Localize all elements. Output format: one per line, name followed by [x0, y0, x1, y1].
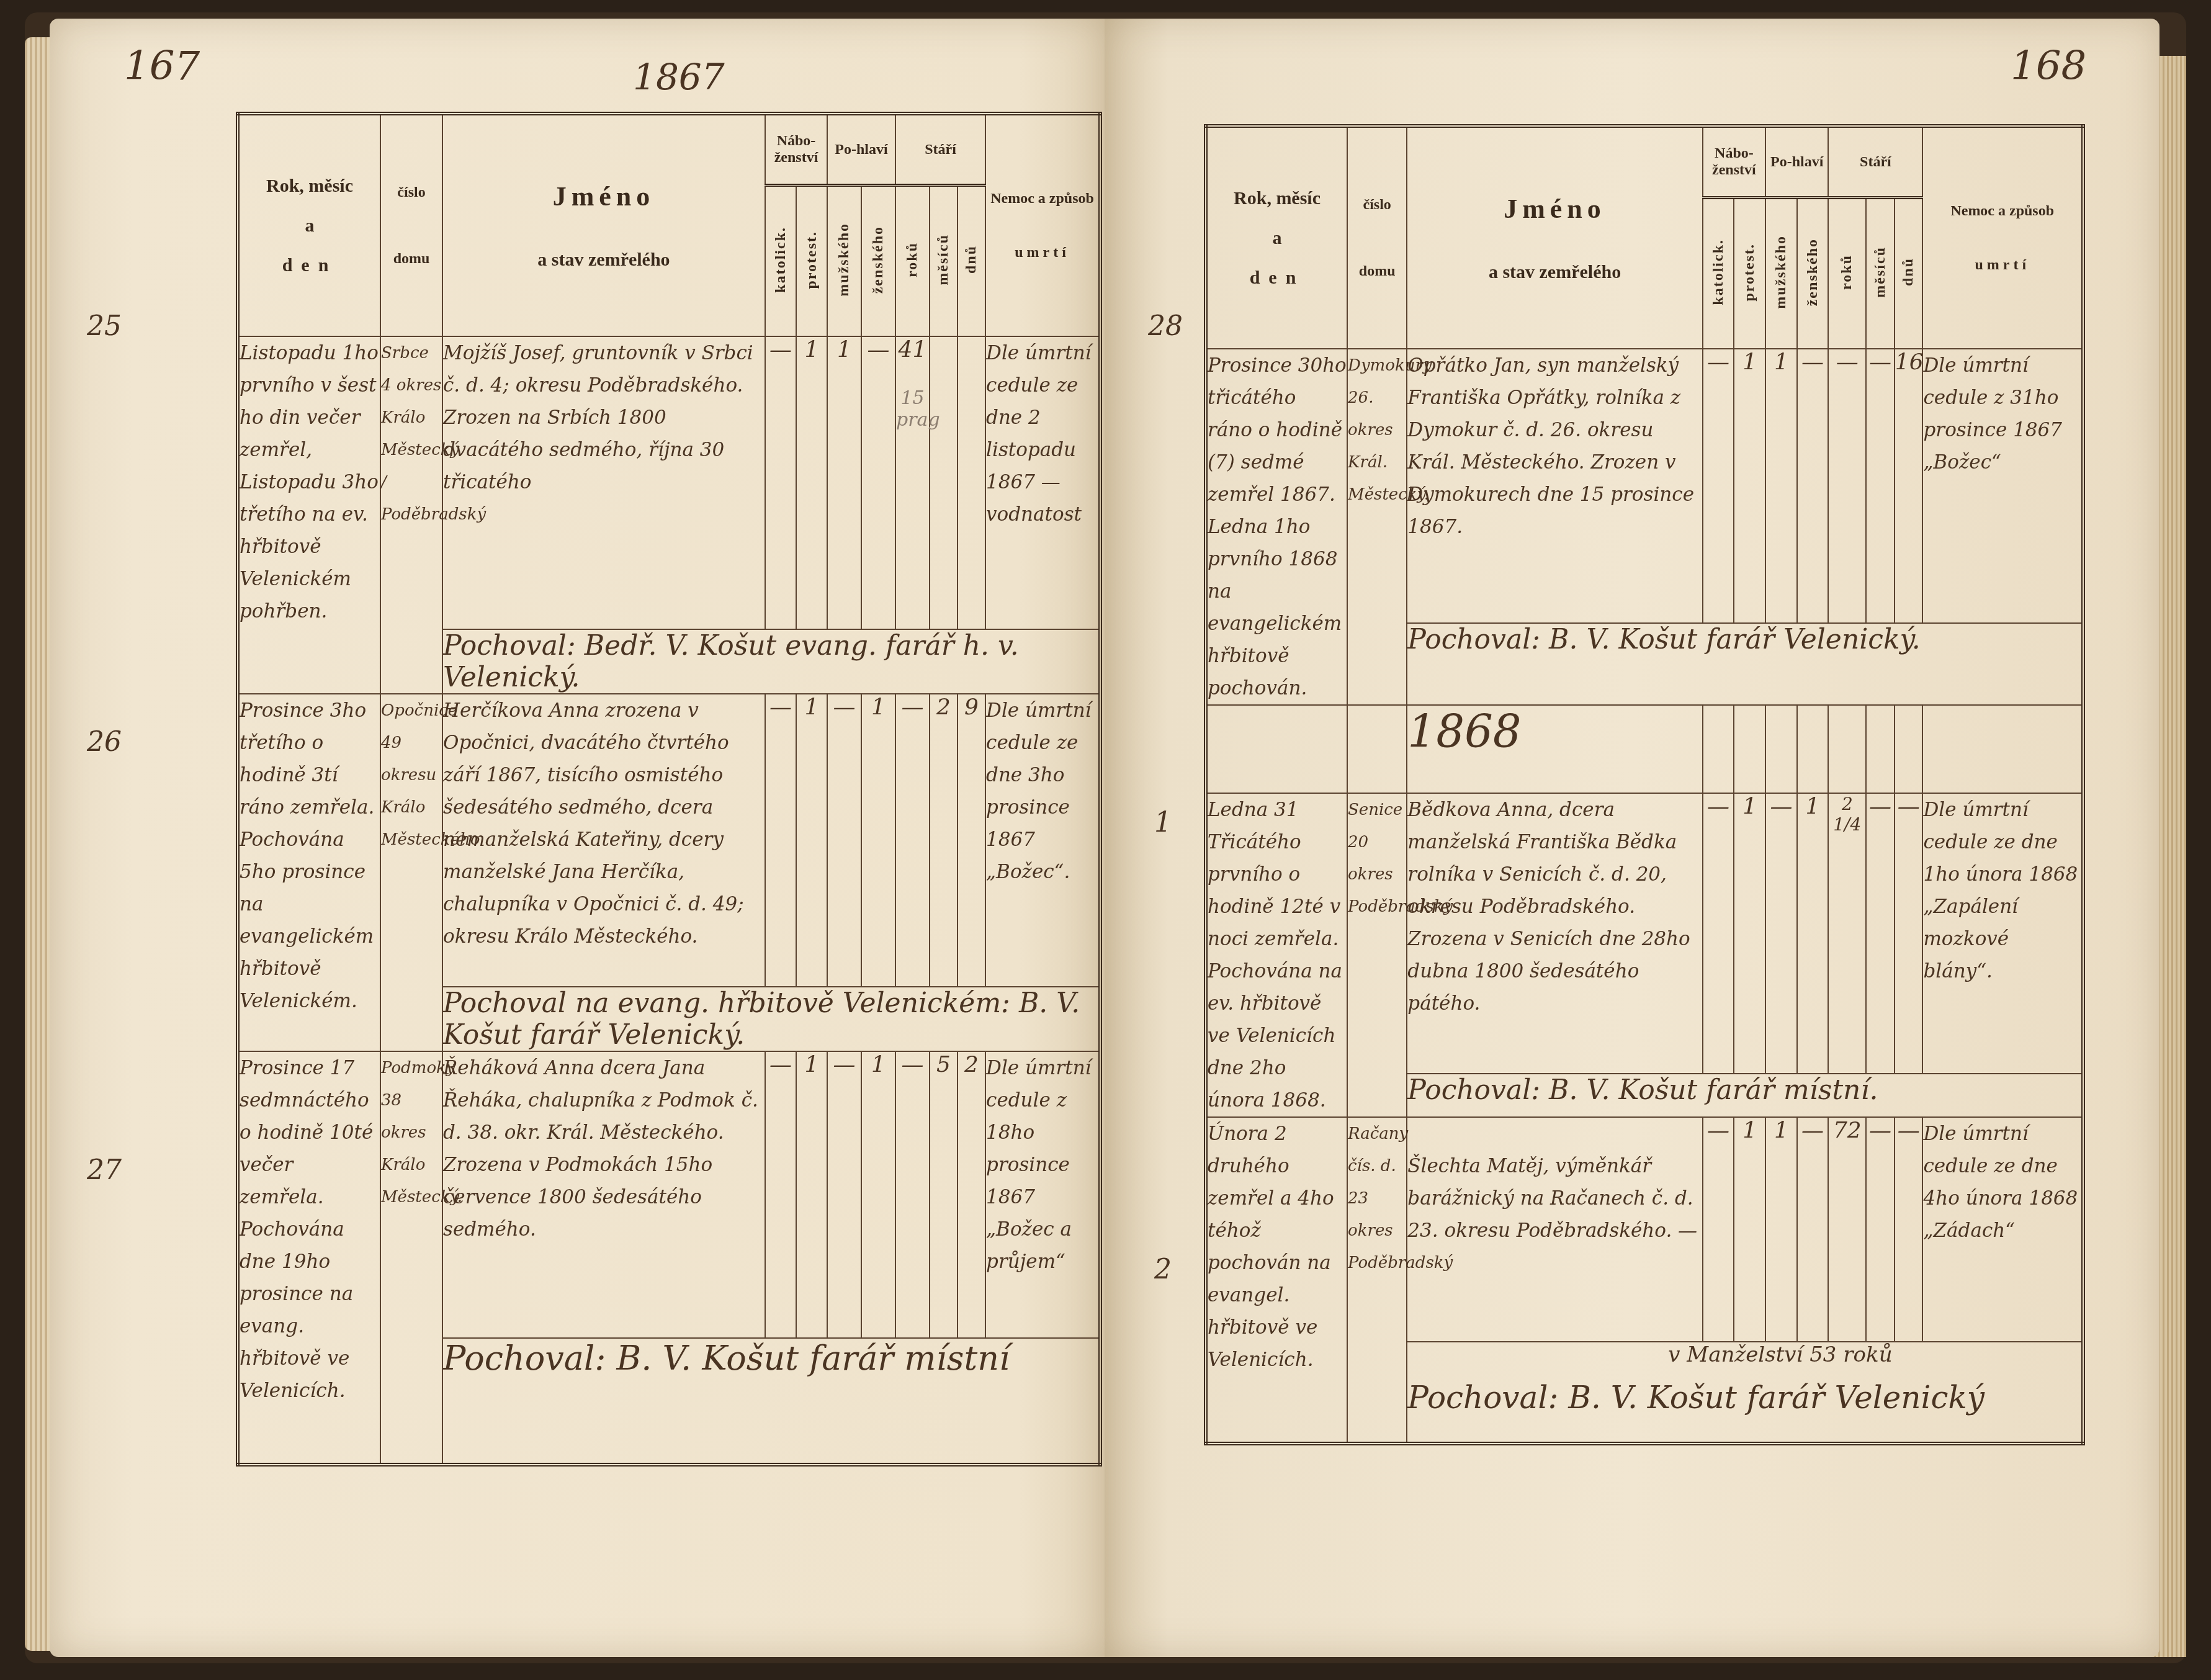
header-age: Stáří — [1828, 126, 1922, 198]
header-male: mužského — [1765, 198, 1797, 349]
entry-days: 16 — [1895, 349, 1923, 623]
entry-months: — — [1866, 349, 1895, 623]
entry-years: 72 — [1828, 1117, 1866, 1342]
entry-date: Ledna 31 Třicátého prvního o hodině 12té… — [1206, 793, 1347, 1117]
entry-cause: Dle úmrtní cedule ze dne 3ho prosince 18… — [985, 694, 1100, 987]
table-row: Prosince 30ho třicátého ráno o hodině (7… — [1206, 349, 2083, 623]
register-table-left: Rok, měsícaden číslodomu Jménoa stav zem… — [236, 112, 1102, 1467]
right-page: 168 28 1 2 Rok, měsícaden číslodomu Jmén… — [1105, 19, 2159, 1657]
entry-months: 5 — [930, 1051, 958, 1338]
entry-house: Podmoky 38 okres Králo Městecký. — [380, 1051, 442, 1465]
entry-name: Opřátko Jan, syn manželský Františka Opř… — [1407, 349, 1702, 623]
entry-months: 2 — [930, 694, 958, 987]
table-row: Prosince 3ho třetího o hodině 3tí ráno z… — [238, 694, 1100, 987]
header-protestant: protest. — [796, 186, 827, 337]
entry-name: Bědkova Anna, dcera manželská Františka … — [1407, 793, 1702, 1074]
entry-months — [930, 336, 958, 629]
entry-female: 1 — [861, 1051, 895, 1338]
pencil-note: 15 prag — [896, 387, 929, 431]
entry-months: — — [1866, 793, 1895, 1074]
entry-house: Opočnice 49 okresu Králo Městeckého — [380, 694, 442, 1051]
header-house: číslodomu — [380, 114, 442, 336]
header-cause: Nemoc a způsobumrtí — [985, 114, 1100, 336]
entry-date: Listopadu 1ho prvního v šest ho din veče… — [238, 336, 380, 694]
page-number: 167 — [124, 43, 200, 89]
entry-protestant: 1 — [1734, 349, 1765, 623]
entry-male: 1 — [1765, 349, 1797, 623]
entry-buried-by: Pochoval: B. V. Košut farář místní — [442, 1338, 1100, 1465]
entry-years: — — [895, 1051, 930, 1338]
entry-female: 1 — [1797, 793, 1829, 1074]
entry-years: 2 1/4 — [1828, 793, 1866, 1074]
header-religion: Nábo-ženství — [1703, 126, 1765, 198]
entry-female: — — [1797, 1117, 1829, 1342]
entry-years: — — [1828, 349, 1866, 623]
entry-female: 1 — [861, 694, 895, 987]
entry-days: 2 — [958, 1051, 985, 1338]
header-sex: Po-hlaví — [1765, 126, 1828, 198]
year-divider-row: 1868 — [1206, 705, 2083, 793]
entry-buried-by: Pochoval: B. V. Košut farář místní. — [1407, 1074, 2083, 1117]
table-row: Listopadu 1ho prvního v šest ho din veče… — [238, 336, 1100, 629]
entry-male: 1 — [1765, 1117, 1797, 1342]
entry-name: Řeháková Anna dcera Jana Řeháka, chalupn… — [442, 1051, 765, 1338]
entry-days: — — [1895, 793, 1923, 1074]
marriage-note: v Manželství 53 roků — [1407, 1342, 2081, 1367]
header-years: roků — [1828, 198, 1866, 349]
entry-number: 28 — [1148, 310, 1183, 342]
header-female: ženského — [1797, 198, 1829, 349]
entry-number: 26 — [87, 726, 122, 758]
entry-protestant: 1 — [796, 1051, 827, 1338]
entry-years: — — [895, 694, 930, 987]
entry-days: 9 — [958, 694, 985, 987]
register-table-right: Rok, měsícaden číslodomu Jménoa stav zem… — [1204, 124, 2085, 1445]
header-house: číslodomu — [1347, 126, 1407, 349]
entry-days — [958, 336, 985, 629]
entry-date: Prosince 3ho třetího o hodině 3tí ráno z… — [238, 694, 380, 1051]
entry-house: Senice 20 okres Poděbradský — [1347, 793, 1407, 1117]
header-date: Rok, měsícaden — [1206, 126, 1347, 349]
left-page: 167 1867 25 26 27 Rok, měsícaden číslodo… — [50, 19, 1105, 1657]
entry-buried-by: Pochoval: Bedř. V. Košut evang. farář h.… — [442, 629, 1100, 694]
header-age: Stáří — [895, 114, 985, 186]
entry-protestant: 1 — [1734, 793, 1765, 1074]
entry-male: — — [827, 1051, 861, 1338]
header-years: roků — [895, 186, 930, 337]
entry-catholic: — — [1703, 793, 1734, 1074]
table-row: Ledna 31 Třicátého prvního o hodině 12té… — [1206, 793, 2083, 1074]
header-sex: Po-hlaví — [827, 114, 895, 186]
entry-months: — — [1866, 1117, 1895, 1342]
entry-buried-by: Pochoval na evang. hřbitově Velenickém: … — [442, 987, 1100, 1051]
year-divider: 1868 — [1407, 705, 1702, 793]
entry-female: — — [1797, 349, 1829, 623]
entry-name: Herčíkova Anna zrozena v Opočnici, dvacá… — [442, 694, 765, 987]
entry-days: — — [1895, 1117, 1923, 1342]
entry-female: — — [861, 336, 895, 629]
entry-male: — — [827, 694, 861, 987]
header-protestant: protest. — [1734, 198, 1765, 349]
page-year: 1867 — [633, 56, 725, 98]
entry-cause: Dle úmrtní cedule z 18ho prosince 1867 „… — [985, 1051, 1100, 1338]
header-name: Jménoa stav zemřelého — [1407, 126, 1702, 349]
entry-date: Prosince 17 sedmnáctého o hodině 10té ve… — [238, 1051, 380, 1465]
entry-name: Mojžíš Josef, gruntovník v Srbci č. d. 4… — [442, 336, 765, 629]
header-date: Rok, měsícaden — [238, 114, 380, 336]
entry-catholic: — — [765, 1051, 796, 1338]
header-name: Jménoa stav zemřelého — [442, 114, 765, 336]
entry-house: Srbce 4 okres Králo Městecký / Poděbrads… — [380, 336, 442, 694]
header-catholic: katolick. — [765, 186, 796, 337]
entry-number: 1 — [1154, 807, 1172, 838]
entry-catholic: — — [1703, 349, 1734, 623]
open-register-book: 167 1867 25 26 27 Rok, měsícaden číslodo… — [25, 12, 2186, 1663]
entry-protestant: 1 — [1734, 1117, 1765, 1342]
page-number: 168 — [2011, 43, 2086, 89]
entry-date: Února 2 druhého zemřel a 4ho téhož pocho… — [1206, 1117, 1347, 1444]
entry-number: 27 — [87, 1154, 122, 1186]
entry-cause: Dle úmrtní cedule ze dne 1ho února 1868 … — [1922, 793, 2083, 1074]
entry-buried-by: v Manželství 53 roků Pochoval: B. V. Koš… — [1407, 1342, 2083, 1444]
entry-number: 25 — [87, 310, 122, 342]
header-religion: Nábo-ženství — [765, 114, 827, 186]
entry-house: Dymokury 26. okres Král. Městecký. — [1347, 349, 1407, 705]
table-row: Prosince 17 sedmnáctého o hodině 10té ve… — [238, 1051, 1100, 1338]
entry-cause: Dle úmrtní cedule ze dne 2 listopadu 186… — [985, 336, 1100, 629]
entry-catholic: — — [765, 694, 796, 987]
entry-date: Prosince 30ho třicátého ráno o hodině (7… — [1206, 349, 1347, 705]
header-catholic: katolick. — [1703, 198, 1734, 349]
entry-catholic: — — [1703, 1117, 1734, 1342]
entry-house: Račany čís. d. 23 okres Poděbradský — [1347, 1117, 1407, 1444]
header-months: měsíců — [1866, 198, 1895, 349]
entry-cause: Dle úmrtní cedule ze dne 4ho února 1868 … — [1922, 1117, 2083, 1342]
header-months: měsíců — [930, 186, 958, 337]
entry-protestant: 1 — [796, 336, 827, 629]
header-cause: Nemoc a způsobumrtí — [1922, 126, 2083, 349]
entry-buried-by: Pochoval: B. V. Košut farář Velenický. — [1407, 623, 2083, 705]
entry-years: 4115 prag — [895, 336, 930, 629]
table-row: Února 2 druhého zemřel a 4ho téhož pocho… — [1206, 1117, 2083, 1342]
entry-cause: Dle úmrtní cedule z 31ho prosince 1867 „… — [1922, 349, 2083, 623]
header-female: ženského — [861, 186, 895, 337]
entry-protestant: 1 — [796, 694, 827, 987]
entry-number: 2 — [1154, 1254, 1172, 1285]
entry-name: Šlechta Matěj, výměnkář barážnický na Ra… — [1407, 1117, 1702, 1342]
entry-catholic: — — [765, 336, 796, 629]
entry-male: 1 — [827, 336, 861, 629]
header-days: dnů — [958, 186, 985, 337]
entry-male: — — [1765, 793, 1797, 1074]
header-male: mužského — [827, 186, 861, 337]
header-days: dnů — [1895, 198, 1923, 349]
